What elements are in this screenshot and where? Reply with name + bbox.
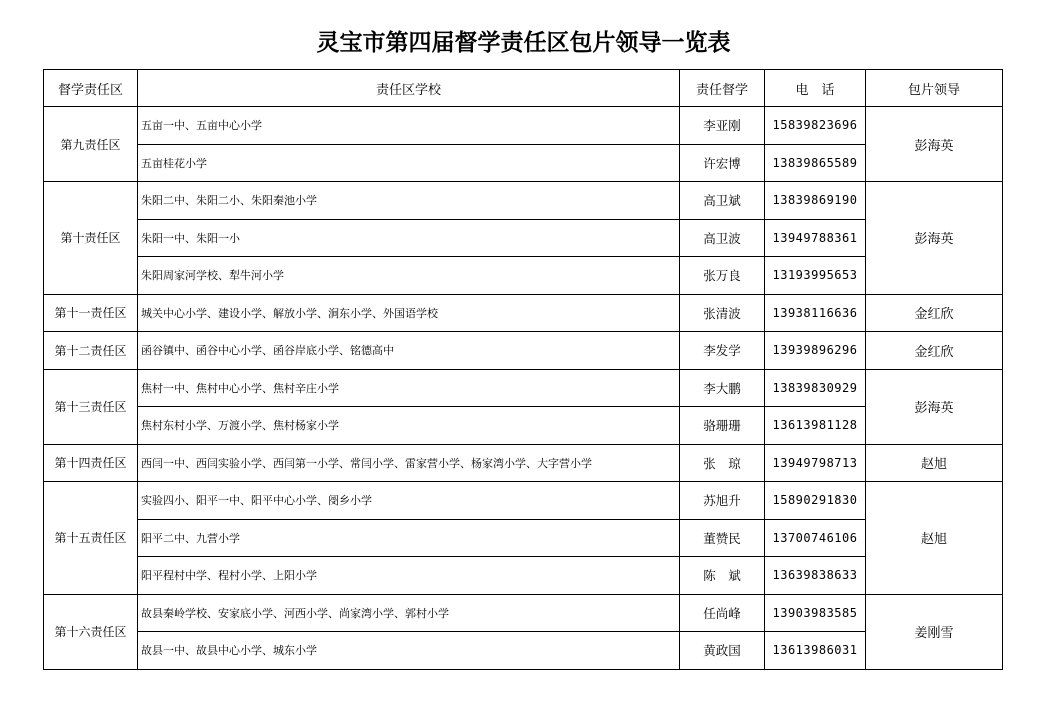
- inspector-cell: 许宏博: [680, 144, 765, 182]
- district-cell: 第十四责任区: [44, 444, 138, 482]
- header-district: 督学责任区: [44, 70, 138, 107]
- phone-cell: 13903983585: [765, 594, 866, 632]
- phone-cell: 13700746106: [765, 519, 866, 557]
- phone-cell: 13939896296: [765, 332, 866, 370]
- schools-cell: 朱阳一中、朱阳一小: [138, 219, 680, 257]
- inspector-cell: 张清波: [680, 294, 765, 332]
- table-row: 焦村东村小学、万渡小学、焦村杨家小学 骆珊珊 13613981128: [44, 407, 1003, 445]
- phone-cell: 13839865589: [765, 144, 866, 182]
- inspector-cell: 骆珊珊: [680, 407, 765, 445]
- leader-cell: 彭海英: [866, 182, 1003, 295]
- inspector-cell: 陈 斌: [680, 557, 765, 595]
- leader-cell: 赵旭: [866, 444, 1003, 482]
- schools-cell: 朱阳二中、朱阳二小、朱阳秦池小学: [138, 182, 680, 220]
- table-row: 故县一中、故县中心小学、城东小学 黄政国 13613986031: [44, 632, 1003, 670]
- leader-cell: 金红欣: [866, 294, 1003, 332]
- schools-cell: 西闫一中、西闫实验小学、西闫第一小学、常闫小学、雷家营小学、杨家湾小学、大字营小…: [138, 444, 680, 482]
- phone-cell: 13938116636: [765, 294, 866, 332]
- table-row: 第十二责任区 函谷镇中、函谷中心小学、函谷岸底小学、铭德高中 李发学 13939…: [44, 332, 1003, 370]
- leader-cell: 彭海英: [866, 107, 1003, 182]
- table-header-row: 督学责任区 责任区学校 责任督学 电 话 包片领导: [44, 70, 1003, 107]
- schools-cell: 实验四小、阳平一中、阳平中心小学、阌乡小学: [138, 482, 680, 520]
- phone-cell: 13839869190: [765, 182, 866, 220]
- page-title: 灵宝市第四届督学责任区包片领导一览表: [0, 24, 1047, 57]
- phone-cell: 13949798713: [765, 444, 866, 482]
- table-row: 第十一责任区 城关中心小学、建设小学、解放小学、涧东小学、外国语学校 张清波 1…: [44, 294, 1003, 332]
- district-cell: 第十六责任区: [44, 594, 138, 669]
- inspector-cell: 董赞民: [680, 519, 765, 557]
- table-row: 第十四责任区 西闫一中、西闫实验小学、西闫第一小学、常闫小学、雷家营小学、杨家湾…: [44, 444, 1003, 482]
- phone-cell: 13193995653: [765, 257, 866, 295]
- schools-cell: 五亩桂花小学: [138, 144, 680, 182]
- phone-cell: 15890291830: [765, 482, 866, 520]
- table-row: 阳平二中、九营小学 董赞民 13700746106: [44, 519, 1003, 557]
- schools-cell: 城关中心小学、建设小学、解放小学、涧东小学、外国语学校: [138, 294, 680, 332]
- schools-cell: 阳平程村中学、程村小学、上阳小学: [138, 557, 680, 595]
- phone-cell: 13613981128: [765, 407, 866, 445]
- phone-cell: 15839823696: [765, 107, 866, 145]
- schools-cell: 焦村东村小学、万渡小学、焦村杨家小学: [138, 407, 680, 445]
- inspector-cell: 李亚刚: [680, 107, 765, 145]
- inspector-cell: 李发学: [680, 332, 765, 370]
- table-row: 第十三责任区 焦村一中、焦村中心小学、焦村辛庄小学 李大鹏 1383983092…: [44, 369, 1003, 407]
- header-leader: 包片领导: [866, 70, 1003, 107]
- leader-cell: 彭海英: [866, 369, 1003, 444]
- schools-cell: 五亩一中、五亩中心小学: [138, 107, 680, 145]
- table-row: 第十责任区 朱阳二中、朱阳二小、朱阳秦池小学 高卫斌 13839869190 彭…: [44, 182, 1003, 220]
- leader-cell: 姜刚雪: [866, 594, 1003, 669]
- inspector-cell: 苏旭升: [680, 482, 765, 520]
- schools-cell: 朱阳周家河学校、犁牛河小学: [138, 257, 680, 295]
- table-row: 第九责任区 五亩一中、五亩中心小学 李亚刚 15839823696 彭海英: [44, 107, 1003, 145]
- inspector-cell: 张万良: [680, 257, 765, 295]
- leader-cell: 金红欣: [866, 332, 1003, 370]
- table-row: 第十六责任区 故县秦岭学校、安家底小学、河西小学、尚家湾小学、郭村小学 任尚峰 …: [44, 594, 1003, 632]
- schools-cell: 故县一中、故县中心小学、城东小学: [138, 632, 680, 670]
- inspector-cell: 任尚峰: [680, 594, 765, 632]
- district-cell: 第十责任区: [44, 182, 138, 295]
- leader-cell: 赵旭: [866, 482, 1003, 595]
- district-cell: 第九责任区: [44, 107, 138, 182]
- phone-cell: 13613986031: [765, 632, 866, 670]
- table-row: 阳平程村中学、程村小学、上阳小学 陈 斌 13639838633: [44, 557, 1003, 595]
- inspector-cell: 高卫斌: [680, 182, 765, 220]
- table-row: 第十五责任区 实验四小、阳平一中、阳平中心小学、阌乡小学 苏旭升 1589029…: [44, 482, 1003, 520]
- table-row: 朱阳一中、朱阳一小 高卫波 13949788361: [44, 219, 1003, 257]
- district-cell: 第十一责任区: [44, 294, 138, 332]
- header-inspector: 责任督学: [680, 70, 765, 107]
- inspector-cell: 李大鹏: [680, 369, 765, 407]
- header-phone: 电 话: [765, 70, 866, 107]
- phone-cell: 13639838633: [765, 557, 866, 595]
- table-row: 朱阳周家河学校、犁牛河小学 张万良 13193995653: [44, 257, 1003, 295]
- inspector-cell: 黄政国: [680, 632, 765, 670]
- inspector-cell: 高卫波: [680, 219, 765, 257]
- district-cell: 第十五责任区: [44, 482, 138, 595]
- responsibility-district-table: 督学责任区 责任区学校 责任督学 电 话 包片领导 第九责任区 五亩一中、五亩中…: [43, 69, 1003, 670]
- phone-cell: 13949788361: [765, 219, 866, 257]
- table-row: 五亩桂花小学 许宏博 13839865589: [44, 144, 1003, 182]
- phone-cell: 13839830929: [765, 369, 866, 407]
- schools-cell: 故县秦岭学校、安家底小学、河西小学、尚家湾小学、郭村小学: [138, 594, 680, 632]
- header-schools: 责任区学校: [138, 70, 680, 107]
- district-cell: 第十三责任区: [44, 369, 138, 444]
- schools-cell: 焦村一中、焦村中心小学、焦村辛庄小学: [138, 369, 680, 407]
- district-cell: 第十二责任区: [44, 332, 138, 370]
- inspector-cell: 张 琼: [680, 444, 765, 482]
- schools-cell: 阳平二中、九营小学: [138, 519, 680, 557]
- schools-cell: 函谷镇中、函谷中心小学、函谷岸底小学、铭德高中: [138, 332, 680, 370]
